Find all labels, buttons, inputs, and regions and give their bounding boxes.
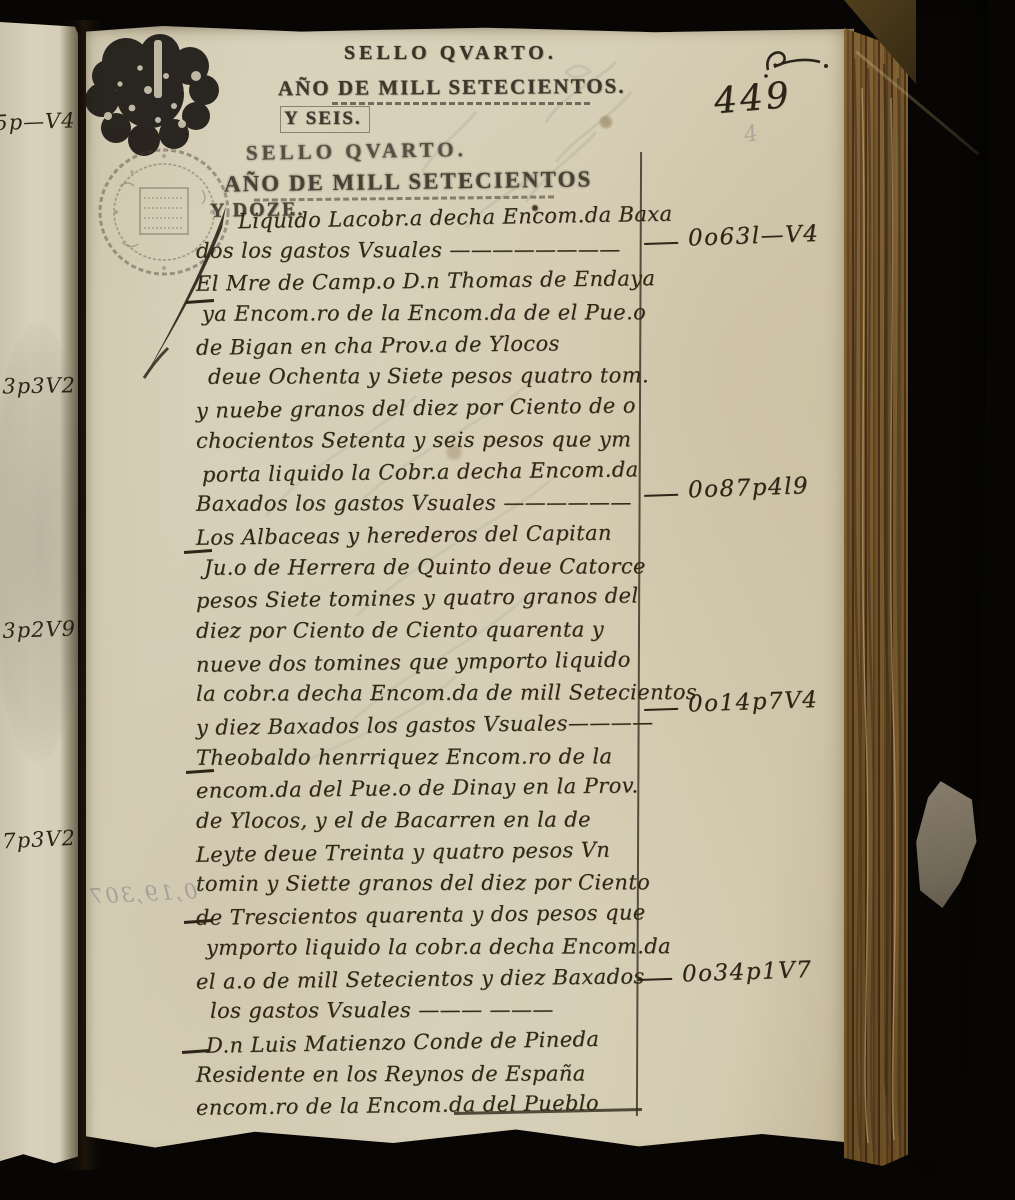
manuscript-text: Liquido Lacobr.a decha Encom.da Baxa dos… xyxy=(196,206,648,1125)
manuscript-line: El Mre de Camp.o D.n Thomas de Endaya xyxy=(196,267,648,304)
manuscript-line: pesos Siete tomines y quatro granos del xyxy=(196,583,648,620)
manuscript-line: y diez Baxados los gastos Vsuales———— xyxy=(196,710,648,747)
manuscript-line: los gastos Vsuales ——— ——— xyxy=(196,997,648,1030)
amount-annotation: 0o14p7V4 xyxy=(644,687,819,719)
folio-number: 449 xyxy=(712,75,793,123)
manuscript-line: Baxados los gastos Vsuales —————— xyxy=(196,490,648,523)
manuscript-line: Liquido Lacobr.a decha Encom.da Baxa xyxy=(196,202,648,242)
manuscript-line: encom.da del Pue.o de Dinay en la Prov. xyxy=(196,774,648,811)
manuscript-line: de Ylocos, y el de Bacarren en la de xyxy=(196,807,648,840)
manuscript-line: de Trescientos quarenta y dos pesos que xyxy=(196,900,648,937)
manuscript-line: ymporto liquido la cobr.a decha Encom.da xyxy=(196,934,648,967)
manuscript-line: chocientos Setenta y seis pesos que ym xyxy=(196,427,648,460)
manuscript-line: encom.ro de la Encom.da del Pueblo xyxy=(196,1090,648,1127)
manuscript-line: D.n Luis Matienzo Conde de Pineda xyxy=(196,1026,648,1066)
manuscript-line: diez por Ciento de Ciento quarenta y xyxy=(196,617,648,650)
manuscript-line: de Bigan en cha Prov.a de Ylocos xyxy=(196,330,648,367)
manuscript-line: deue Ochenta y Siete pesos quatro tom. xyxy=(196,364,648,397)
amount-annotation: 0o87p4l9 xyxy=(644,473,810,505)
archive-photo: { "folio": { "number": "449", "ghost_not… xyxy=(0,0,1015,1200)
amount-annotation: 0o63l—V4 xyxy=(644,221,820,253)
manuscript-line: el a.o de mill Setecientos y diez Baxado… xyxy=(196,964,648,1001)
manuscript-line: dos los gastos Vsuales ———————— xyxy=(196,237,648,270)
amount-annotation: 0o34p1V7 xyxy=(638,957,813,989)
manuscript-line: y nuebe granos del diez por Ciento de o xyxy=(196,393,648,430)
bleedthrough-numbers: 0,19,307 xyxy=(87,879,198,909)
manuscript-line: porta liquido la Cobr.a decha Encom.da xyxy=(196,457,648,494)
manuscript-line: Ju.o de Herrera de Quinto deue Catorce xyxy=(196,554,648,587)
manuscript-line: Leyte deue Treinta y quatro pesos Vn xyxy=(196,837,648,874)
manuscript-line: ya Encom.ro de la Encom.da de el Pue.o xyxy=(196,300,648,333)
manuscript-line: Los Albaceas y herederos del Capitan xyxy=(196,520,648,557)
manuscript-page: SELLO QVARTO. AÑO DE MILL SETECIENTOS. Y… xyxy=(86,26,854,1152)
manuscript-line: la cobr.a decha Encom.da de mill Setecie… xyxy=(196,681,648,714)
vellum-cover xyxy=(884,0,988,1178)
folio-pencil-ghost: 4 xyxy=(742,121,761,148)
manuscript-line: Theobaldo henrriquez Encom.ro de la xyxy=(196,744,648,777)
tax-stamp-1706-year-suffix: Y SEIS. xyxy=(280,106,370,133)
manuscript-line: tomin y Siette granos del diez por Cient… xyxy=(196,871,648,904)
manuscript-line: nueve dos tomines que ymporto liquido xyxy=(196,647,648,684)
manuscript-line: Residente en los Reynos de España xyxy=(196,1061,648,1094)
